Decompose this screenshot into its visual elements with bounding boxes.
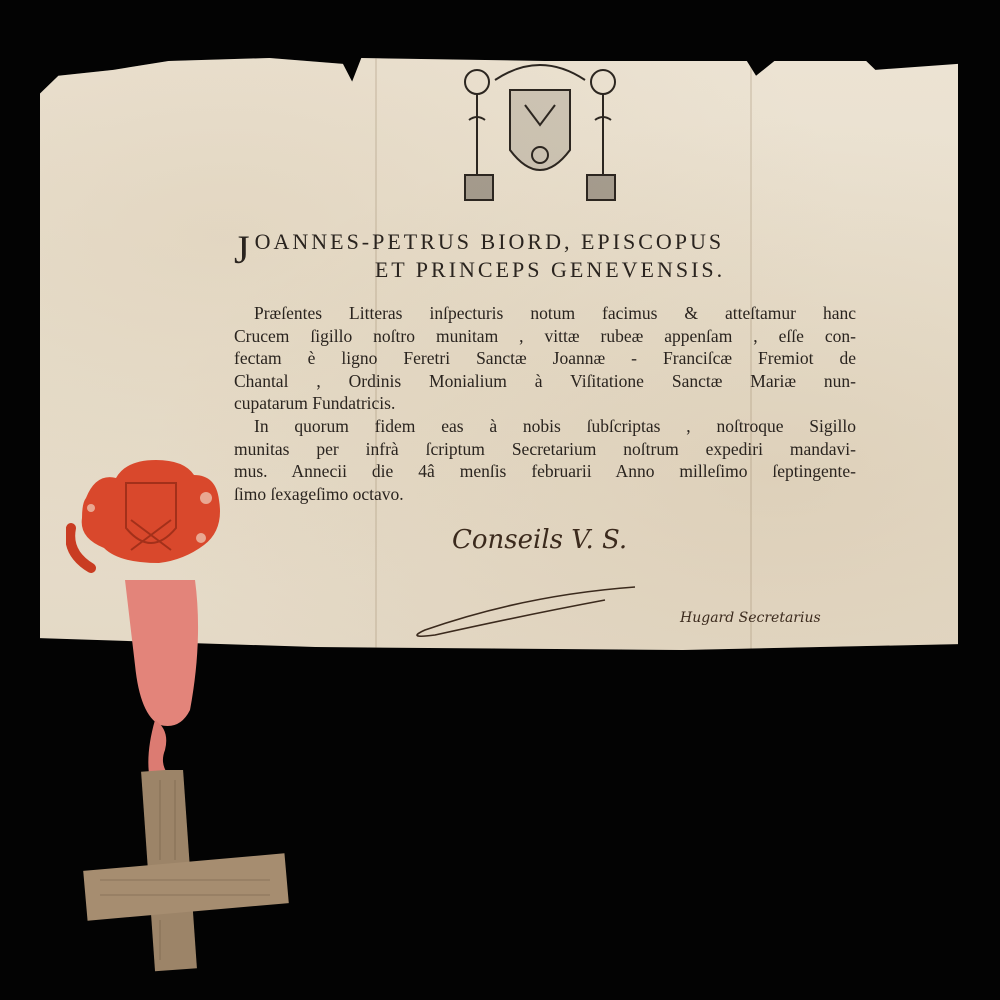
heading-line-1: OANNES-PETRUS BIORD, EPISCOPUS [255,229,725,254]
body-line: munitas per infrà ſcriptum Secretarium n… [234,438,856,461]
body-line: In quorum fidem eas à nobis ſubſcriptas … [234,415,856,438]
secretary-signature: Hugard Secretarius [680,610,821,626]
body-line: mus. Annecii die 4â menſis februarii Ann… [234,460,856,483]
body-line: Crucem ſigillo noſtro munitam , vittæ ru… [234,325,856,348]
body-line: fectam è ligno Feretri Sanctæ Joannæ - F… [234,347,856,370]
document-heading: JOANNES-PETRUS BIORD, EPISCOPUS ET PRINC… [230,226,870,283]
body-line: Præſentes Litteras inſpecturis notum fac… [234,302,856,325]
wax-seal-icon [66,458,226,598]
heading-dropcap: J [234,227,253,272]
coat-of-arms-icon [455,60,625,210]
signature-flourish-icon [405,575,645,645]
body-line: Chantal , Ordinis Monialium à Viſitation… [234,370,856,393]
bishop-signature: Conseils V. S. [452,525,627,555]
document-body: Præſentes Litteras inſpecturis notum fac… [234,302,856,505]
wooden-cross-icon [80,770,290,980]
body-line: ſimo ſexageſimo octavo. [234,483,856,506]
body-line: cupatarum Fundatricis. [234,392,856,415]
